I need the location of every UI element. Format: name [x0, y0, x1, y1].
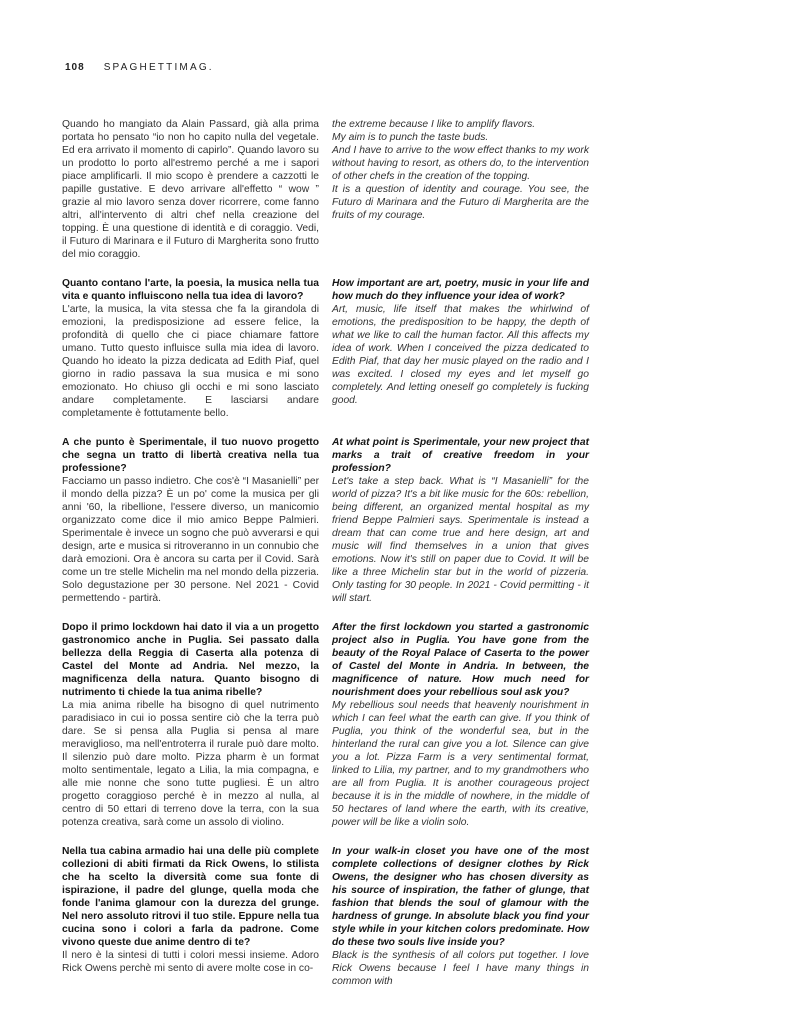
- qa-row-3: A che punto è Sperimentale, il tuo nuovo…: [62, 436, 589, 605]
- page-number: 108: [65, 62, 85, 73]
- italian-question-3: A che punto è Sperimentale, il tuo nuovo…: [62, 436, 319, 475]
- english-answer-2: Art, music, life itself that makes the w…: [332, 303, 589, 407]
- english-answer-3: Let's take a step back. What is “I Masan…: [332, 475, 589, 605]
- english-question-2: How important are art, poetry, music in …: [332, 277, 589, 303]
- english-block-5: In your walk-in closet you have one of t…: [332, 845, 589, 988]
- english-block-4: After the first lockdown you started a g…: [332, 621, 589, 829]
- italian-question-2: Quanto contano l'arte, la poesia, la mus…: [62, 277, 319, 303]
- english-question-4: After the first lockdown you started a g…: [332, 621, 589, 699]
- english-question-3: At what point is Sperimentale, your new …: [332, 436, 589, 475]
- italian-block-5: Nella tua cabina armadio hai una delle p…: [62, 845, 319, 988]
- italian-question-4: Dopo il primo lockdown hai dato il via a…: [62, 621, 319, 699]
- magazine-page: 108 SPAGHETTIMAG. Quando ho mangiato da …: [0, 0, 797, 1024]
- english-answer-1: the extreme because I like to amplify fl…: [332, 118, 589, 222]
- english-block-2: How important are art, poetry, music in …: [332, 277, 589, 420]
- italian-answer-5: Il nero è la sintesi di tutti i colori m…: [62, 949, 319, 975]
- interview-body: Quando ho mangiato da Alain Passard, già…: [62, 118, 589, 1004]
- qa-row-5: Nella tua cabina armadio hai una delle p…: [62, 845, 589, 988]
- qa-row-1: Quando ho mangiato da Alain Passard, già…: [62, 118, 589, 261]
- english-question-5: In your walk-in closet you have one of t…: [332, 845, 589, 949]
- italian-block-2: Quanto contano l'arte, la poesia, la mus…: [62, 277, 319, 420]
- italian-answer-3: Facciamo un passo indietro. Che cos'è “I…: [62, 475, 319, 605]
- english-answer-4: My rebellious soul needs that heavenly n…: [332, 699, 589, 829]
- qa-row-2: Quanto contano l'arte, la poesia, la mus…: [62, 277, 589, 420]
- qa-row-4: Dopo il primo lockdown hai dato il via a…: [62, 621, 589, 829]
- page-header: 108 SPAGHETTIMAG.: [65, 62, 214, 73]
- italian-block-4: Dopo il primo lockdown hai dato il via a…: [62, 621, 319, 829]
- english-answer-5: Black is the synthesis of all colors put…: [332, 949, 589, 988]
- italian-answer-4: La mia anima ribelle ha bisogno di quel …: [62, 699, 319, 829]
- english-block-1: the extreme because I like to amplify fl…: [332, 118, 589, 261]
- italian-question-5: Nella tua cabina armadio hai una delle p…: [62, 845, 319, 949]
- italian-answer-2: L'arte, la musica, la vita stessa che fa…: [62, 303, 319, 420]
- english-block-3: At what point is Sperimentale, your new …: [332, 436, 589, 605]
- italian-block-3: A che punto è Sperimentale, il tuo nuovo…: [62, 436, 319, 605]
- italian-answer-1: Quando ho mangiato da Alain Passard, già…: [62, 118, 319, 261]
- italian-block-1: Quando ho mangiato da Alain Passard, già…: [62, 118, 319, 261]
- magazine-title: SPAGHETTIMAG.: [104, 62, 214, 73]
